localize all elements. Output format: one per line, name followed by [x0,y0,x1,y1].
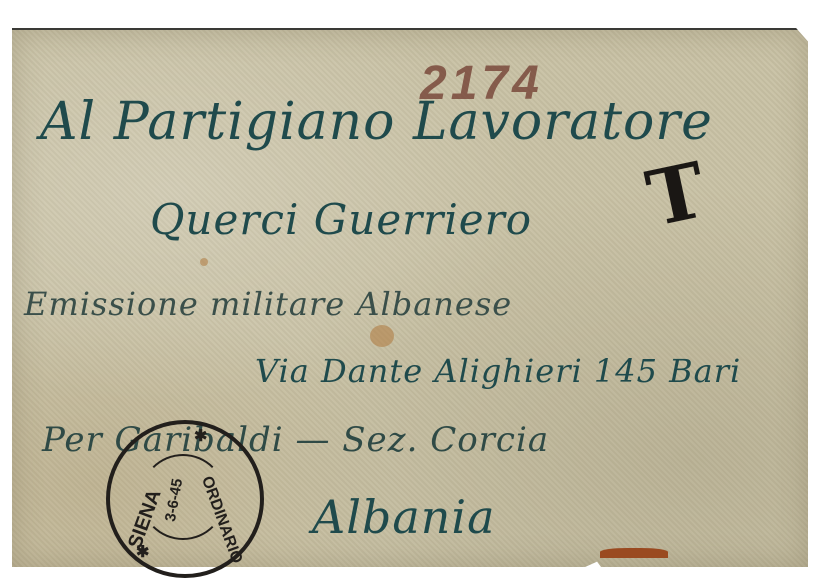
address-line-recipient-title: Al Partigiano Lavoratore [40,92,713,152]
ink-stain [370,325,394,347]
ink-stain [200,258,208,266]
postmark-stamp: SIENA ORDINARIO 3-6-45 ✱ ✱ [106,420,264,578]
star-icon: ✱ [136,542,149,562]
star-icon: ✱ [194,426,207,446]
torn-edge [600,548,668,558]
address-line-street: Via Dante Alighieri 145 Bari [255,352,741,390]
address-line-division: Per Garibaldi — Sez. Corcia [42,420,549,460]
address-line-recipient-name: Querci Guerriero [150,195,532,244]
address-line-unit: Emissione militare Albanese [24,285,512,323]
address-line-country: Albania [312,490,496,544]
